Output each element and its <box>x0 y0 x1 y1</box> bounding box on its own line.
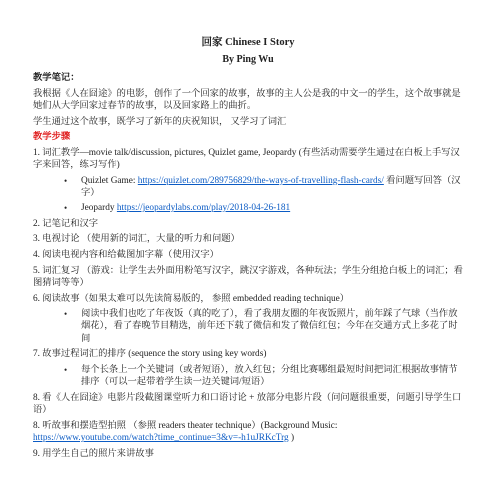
sequence-bullet-text: 每个长条上一个关键词（或者短语），放入红包；分组比赛哪组最短时间把词汇根据故事情… <box>81 364 463 388</box>
step-2: 2. 记笔记和汉字 <box>33 218 463 230</box>
bullet-icon: • <box>64 202 81 214</box>
step-8b: 8. 听故事和摆造型拍照 （参照 readers theater techniq… <box>33 420 463 444</box>
step-6: 6. 阅读故事（如果太难可以先读简易版的， 参照 embedded readin… <box>33 293 463 305</box>
quizlet-bullet-text: Quizlet Game: https://quizlet.com/289756… <box>81 175 463 199</box>
step-9: 9. 用学生自己的照片来讲故事 <box>33 448 463 460</box>
step-4: 4. 阅读电视内容和给截图加字幕（使用汉字） <box>33 249 463 261</box>
step-7-bullet-list: • 每个长条上一个关键词（或者短语），放入红包；分组比赛哪组最短时间把词汇根据故… <box>33 364 463 388</box>
document-title: 回家 Chinese I Story <box>33 37 463 49</box>
steps-heading: 教学步骤 <box>33 131 463 143</box>
list-item-quizlet: • Quizlet Game: https://quizlet.com/2897… <box>64 175 463 199</box>
reading-bullet-text: 阅读中我们也吃了年夜饭（真的吃了），看了我朋友圈的年夜饭照片，前年踩了气球（当作… <box>81 308 463 345</box>
step-5: 5. 词汇复习 （游戏：让学生去外面用粉笔写汉字，跳汉字游戏，各种玩法；学生分组… <box>33 265 463 289</box>
step-8b-suffix: ) <box>289 433 294 443</box>
notes-paragraph-2: 学生通过这个故事，既学习了新年的庆祝知识， 又学习了词汇 <box>33 116 463 128</box>
notes-paragraph-1: 我根据《人在囧途》的电影，创作了一个回家的故事，故事的主人公是我的中文一的学生，… <box>33 88 463 112</box>
bullet-icon: • <box>64 364 81 388</box>
step-1-bullet-list: • Quizlet Game: https://quizlet.com/2897… <box>33 175 463 214</box>
quizlet-link[interactable]: https://quizlet.com/289756829/the-ways-o… <box>138 176 384 186</box>
list-item-reading: • 阅读中我们也吃了年夜饭（真的吃了），看了我朋友圈的年夜饭照片，前年踩了气球（… <box>64 308 463 345</box>
jeopardy-bullet-text: Jeopardy https://jeopardylabs.com/play/2… <box>81 202 463 214</box>
step-6-bullet-list: • 阅读中我们也吃了年夜饭（真的吃了），看了我朋友圈的年夜饭照片，前年踩了气球（… <box>33 308 463 345</box>
background-music-link[interactable]: https://www.youtube.com/watch?time_conti… <box>33 433 289 443</box>
list-item-jeopardy: • Jeopardy https://jeopardylabs.com/play… <box>64 202 463 214</box>
step-7: 7. 故事过程词汇的排序 (sequence the story using k… <box>33 348 463 360</box>
document-page: 回家 Chinese I Story By Ping Wu 教学笔记： 我根据《… <box>0 0 495 495</box>
document-byline: By Ping Wu <box>33 54 463 66</box>
step-3: 3. 电视讨论 （使用新的词汇，大量的听力和问题） <box>33 233 463 245</box>
step-1: 1. 词汇教学—movie talk/discussion, pictures,… <box>33 147 463 171</box>
bullet-icon: • <box>64 308 81 345</box>
bullet-icon: • <box>64 175 81 199</box>
quizlet-label: Quizlet Game: <box>81 176 138 186</box>
notes-heading: 教学笔记： <box>33 72 463 84</box>
jeopardy-label: Jeopardy <box>81 203 117 213</box>
step-8b-label: 8. 听故事和摆造型拍照 （参照 readers theater techniq… <box>33 421 337 431</box>
step-8a: 8. 看《人在囧途》电影片段截图课堂听力和口语讨论 + 放部分电影片段（问问题很… <box>33 392 463 416</box>
jeopardy-link[interactable]: https://jeopardylabs.com/play/2018-04-26… <box>117 203 290 213</box>
list-item-sequence: • 每个长条上一个关键词（或者短语），放入红包；分组比赛哪组最短时间把词汇根据故… <box>64 364 463 388</box>
